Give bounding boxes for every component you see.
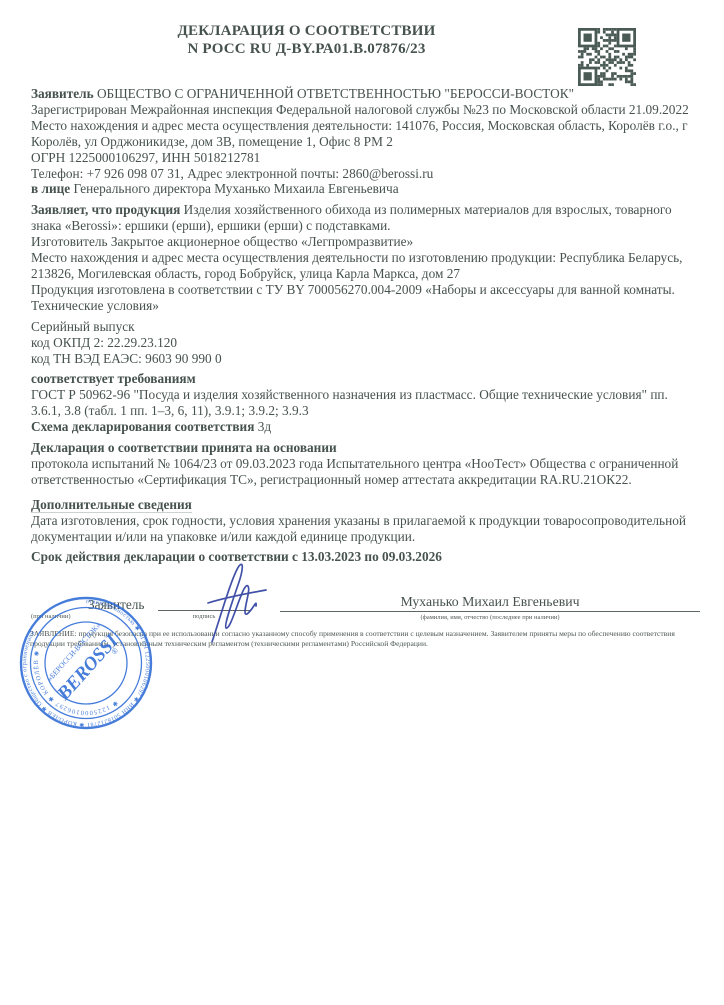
field-value: Дата изготовления, срок годности, услови… [31,513,686,544]
paragraph-ogrn-inn: ОГРН 1225000106297, ИНН 5018212781 [31,150,700,166]
paragraph-serial: Серийный выпуск [31,319,700,335]
paragraph-manufacturer-address: Место нахождения и адрес места осуществл… [31,250,700,282]
field-value: Изготовитель Закрытое акционерное общест… [31,234,413,249]
paragraph-registration: Зарегистрирован Межрайонная инспекция Фе… [31,102,700,118]
field-label: Дополнительные сведения [31,497,192,513]
field-value: код ОКПД 2: 22.29.23.120 [31,335,177,350]
field-value: Серийный выпуск [31,319,135,334]
signatory-name: Муханько Михаил Евгеньевич [280,594,700,610]
field-label: Заявитель [31,86,97,101]
field-label: соответствует требованиям [31,371,196,386]
name-caption: (фамилия, имя, отчество (последнее при н… [280,614,700,621]
paragraph-gost: ГОСТ Р 50962-96 "Посуда и изделия хозяйс… [31,387,700,419]
field-label: Схема декларирования соответствия [31,419,258,434]
name-line [280,611,700,612]
handwritten-signature [200,556,280,648]
document-title: ДЕКЛАРАЦИЯ О СООТВЕТСТВИИ N РОСС RU Д-BY… [24,22,589,58]
field-value: Зарегистрирован Межрайонная инспекция Фе… [31,102,689,117]
field-value: Телефон: +7 926 098 07 31, Адрес электро… [31,166,433,181]
field-label: в лице [31,181,74,196]
paragraph-standard: Продукция изготовлена в соответствии с Т… [31,282,700,314]
qr-code-icon [578,28,636,86]
paragraph-phone-email: Телефон: +7 926 098 07 31, Адрес электро… [31,166,700,182]
paragraph-conforms-heading: соответствует требованиям [31,371,700,387]
paragraph-scheme: Схема декларирования соответствия 3д [31,419,700,435]
field-label: Декларация о соответствии принята на осн… [31,440,337,455]
qr-code [578,28,636,86]
title-line-2: N РОСС RU Д-BY.РА01.В.07876/23 [24,40,589,58]
document-body: Заявитель ОБЩЕСТВО С ОГРАНИЧЕННОЙ ОТВЕТС… [31,86,700,565]
field-value: Генерального директора Муханько Михаила … [74,181,399,196]
paragraph-additional-heading: Дополнительные сведения [31,497,700,513]
declaration-document: ДЕКЛАРАЦИЯ О СООТВЕТСТВИИ N РОСС RU Д-BY… [0,0,724,1005]
company-stamp: ответственностью ✱ ОГРН 1225000106297 ✱ … [16,593,156,733]
paragraph-test-protocol: протокола испытаний № 1064/23 от 09.03.2… [31,456,700,488]
title-line-1: ДЕКЛАРАЦИЯ О СООТВЕТСТВИИ [24,22,589,40]
field-value: Место нахождения и адрес места осуществл… [31,250,683,281]
paragraph-representative: в лице Генерального директора Муханько М… [31,181,700,197]
field-value: Продукция изготовлена в соответствии с Т… [31,282,675,313]
paragraph-applicant: Заявитель ОБЩЕСТВО С ОГРАНИЧЕННОЙ ОТВЕТС… [31,86,700,102]
field-value: код ТН ВЭД ЕАЭС: 9603 90 990 0 [31,351,222,366]
field-value: ГОСТ Р 50962-96 "Посуда и изделия хозяйс… [31,387,668,418]
field-value: протокола испытаний № 1064/23 от 09.03.2… [31,456,678,487]
paragraph-okpd: код ОКПД 2: 22.29.23.120 [31,335,700,351]
paragraph-manufacturer: Изготовитель Закрытое акционерное общест… [31,234,700,250]
field-value: ОБЩЕСТВО С ОГРАНИЧЕННОЙ ОТВЕТСТВЕННОСТЬЮ… [97,86,574,101]
field-label: Заявляет, что продукция [31,202,184,217]
paragraph-basis-heading: Декларация о соответствии принята на осн… [31,440,700,456]
field-value: Место нахождения и адрес места осуществл… [31,118,688,149]
paragraph-validity: Срок действия декларации о соответствии … [31,549,700,565]
field-value: 3д [258,419,271,434]
paragraph-product: Заявляет, что продукция Изделия хозяйств… [31,202,700,234]
paragraph-tnved: код ТН ВЭД ЕАЭС: 9603 90 990 0 [31,351,700,367]
paragraph-additional-info: Дата изготовления, срок годности, услови… [31,513,700,545]
field-value: ОГРН 1225000106297, ИНН 5018212781 [31,150,260,165]
paragraph-address: Место нахождения и адрес места осуществл… [31,118,700,150]
